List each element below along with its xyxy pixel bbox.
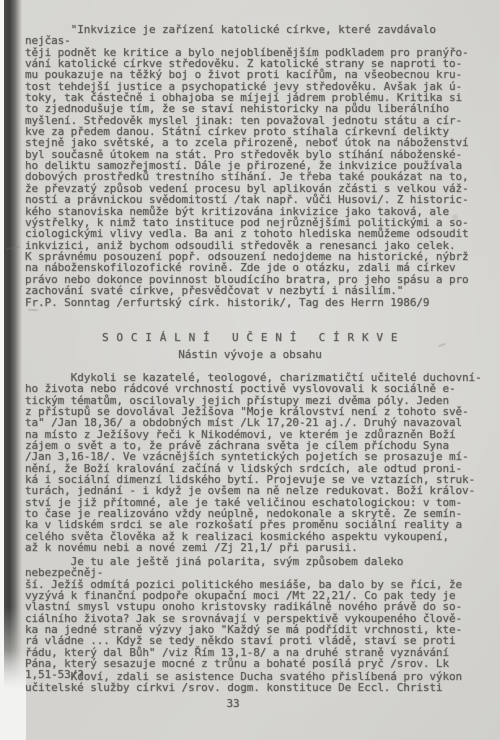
body-paragraph: Kdoví, zdali se asistence Ducha svatého … [25, 671, 485, 694]
attribution-line: Fr.P. Sonntag /erfurtský círk. historik/… [25, 297, 485, 308]
scan-smudge [452, 214, 458, 220]
scanned-page: "Inkvizice je zařízení katolické církve,… [0, 0, 500, 740]
section-title: S O C I Á L N Í U Č E N Í C Í R K V E [25, 332, 475, 343]
book-spine-shadow [4, 0, 22, 740]
scan-smudge [28, 309, 38, 312]
page-number: 33 [0, 698, 466, 709]
body-paragraph: Je tu ale ještě jiná polarita, svým způs… [25, 556, 485, 681]
section-subtitle: Nástin vývoje a obsahu [25, 349, 475, 360]
body-paragraph: Kdykoli se kazatelé, teologové, charizma… [25, 372, 485, 554]
scan-bottom-left-edge [0, 650, 26, 740]
quote-paragraph: "Inkvizice je zařízení katolické církve,… [25, 24, 485, 296]
scan-smudge [438, 343, 446, 348]
